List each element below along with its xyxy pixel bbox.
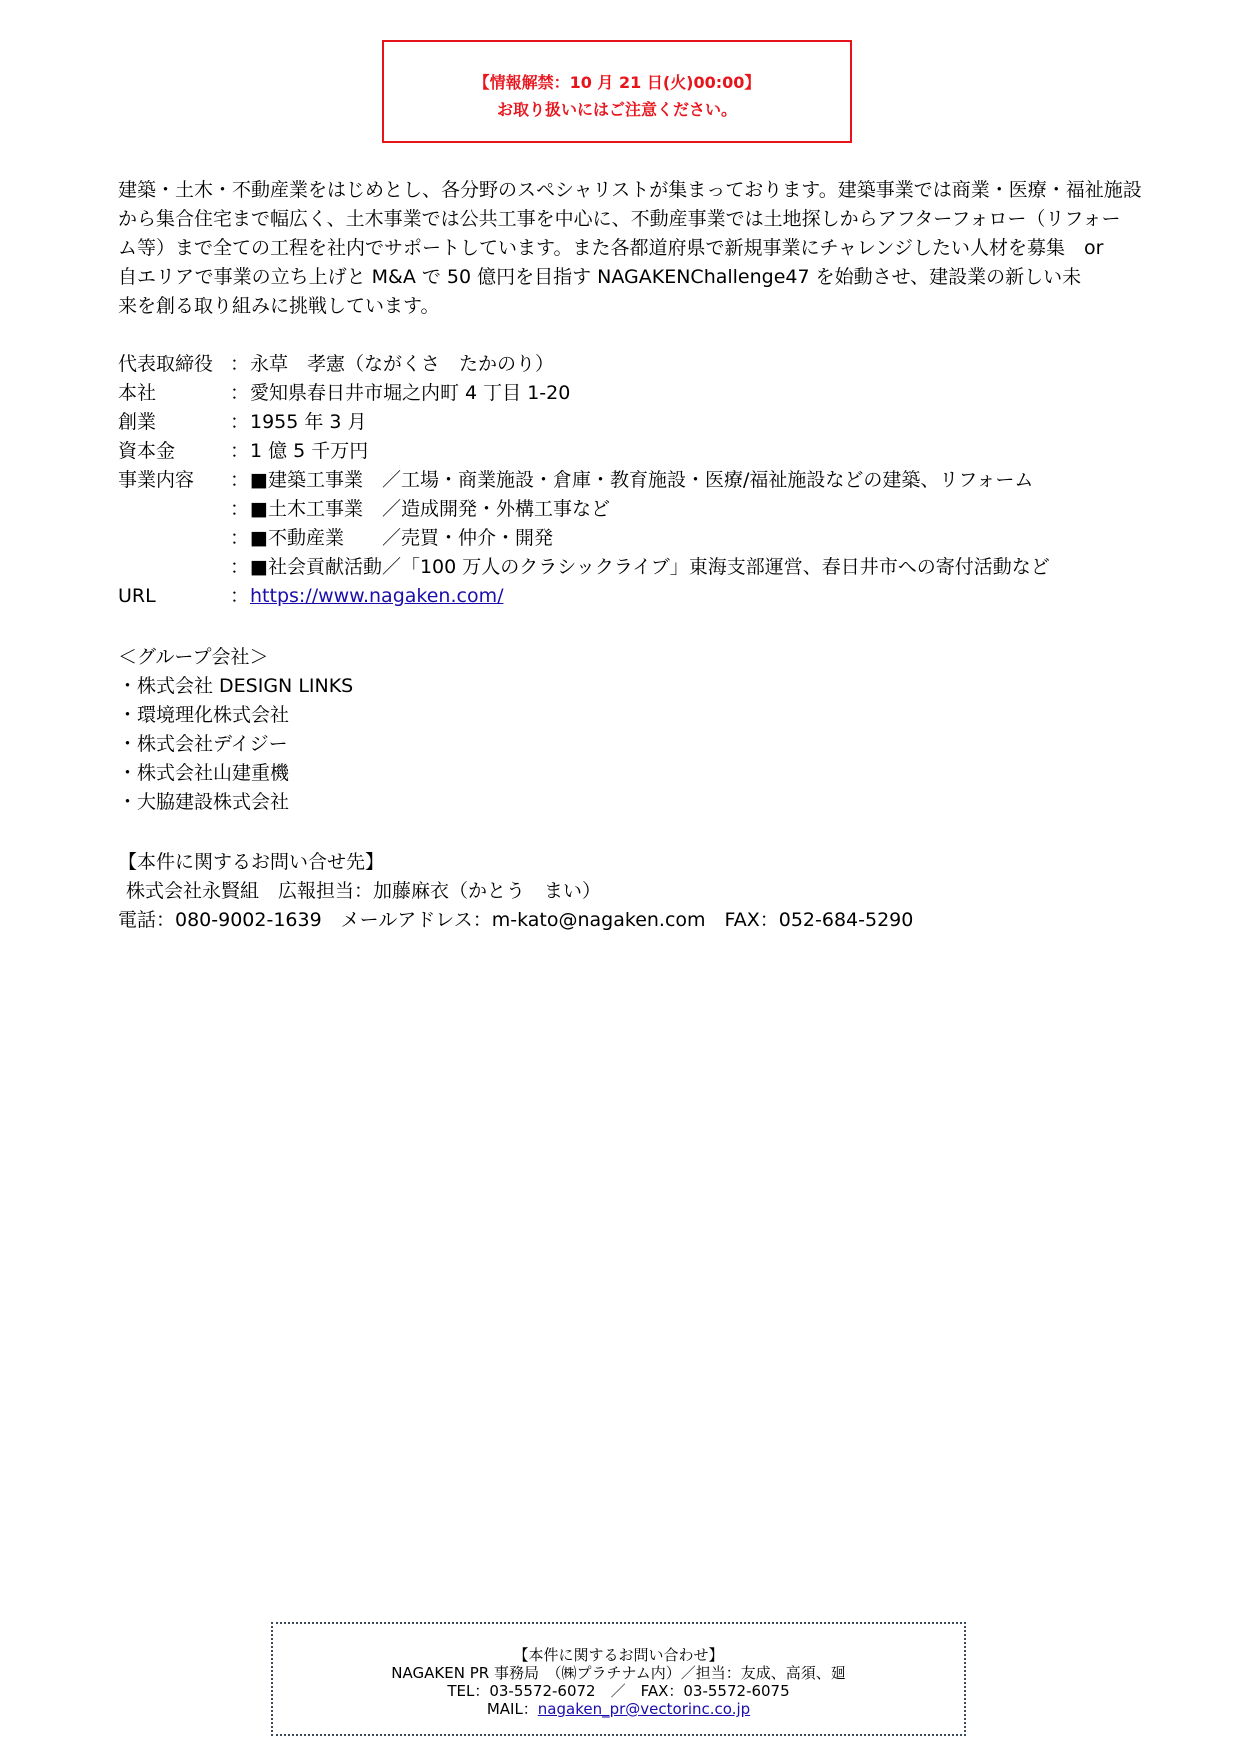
info-label: 資本金 <box>118 437 230 466</box>
footer-heading: 【本件に関するお問い合わせ】 <box>273 1646 964 1664</box>
info-row-business: ： ■不動産業 ／売買・仲介・開発 <box>118 524 1050 553</box>
info-value: ■土木工事業 ／造成開発・外構工事など <box>250 495 610 524</box>
info-value: ■建築工事業 ／工場・商業施設・倉庫・教育施設・医療/福祉施設などの建築、リフォ… <box>250 466 1033 495</box>
info-colon: ： <box>230 437 250 466</box>
info-row-business: ： ■社会貢献活動／「100 万人のクラシックライブ」東海支部運営、春日井市への… <box>118 553 1050 582</box>
group-item: ・環境理化株式会社 <box>118 701 353 730</box>
company-info: 代表取締役 ： 永草 孝憲（ながくさ たかのり） 本社 ： 愛知県春日井市堀之内… <box>118 350 1050 611</box>
footer-contact-box: 【本件に関するお問い合わせ】 NAGAKEN PR 事務局 （㈱プラチナム内）／… <box>271 1622 966 1736</box>
info-colon: ： <box>230 379 250 408</box>
footer-office: NAGAKEN PR 事務局 （㈱プラチナム内）／担当：友成、高須、廻 <box>273 1664 964 1682</box>
info-row-capital: 資本金 ： 1 億 5 千万円 <box>118 437 1050 466</box>
group-companies: ＜グループ会社＞ ・株式会社 DESIGN LINKS ・環境理化株式会社 ・株… <box>118 643 353 817</box>
info-label: URL <box>118 582 230 611</box>
intro-line: 自エリアで事業の立ち上げと M&A で 50 億円を目指す NAGAKENCha… <box>118 263 1118 292</box>
intro-line: から集合住宅まで幅広く、土木事業では公共工事を中心に、不動産事業では土地探しから… <box>118 205 1118 234</box>
group-heading: ＜グループ会社＞ <box>118 643 353 672</box>
contact-heading: 【本件に関するお問い合せ先】 <box>118 848 913 877</box>
group-item: ・株式会社 DESIGN LINKS <box>118 672 353 701</box>
intro-paragraph: 建築・土木・不動産業をはじめとし、各分野のスペシャリストが集まっております。建築… <box>118 176 1118 321</box>
info-colon: ： <box>230 582 250 611</box>
footer-mail-row: MAIL：nagaken_pr@vectorinc.co.jp <box>273 1700 964 1718</box>
info-label: 事業内容 <box>118 466 230 495</box>
info-value: 愛知県春日井市堀之内町 4 丁目 1-20 <box>250 379 570 408</box>
intro-line: ム等）まで全ての工程を社内でサポートしています。また各都道府県で新規事業にチャレ… <box>118 234 1118 263</box>
info-label <box>118 524 230 553</box>
info-value: 永草 孝憲（ながくさ たかのり） <box>250 350 554 379</box>
info-label <box>118 495 230 524</box>
info-row-business: ： ■土木工事業 ／造成開発・外構工事など <box>118 495 1050 524</box>
info-row-ceo: 代表取締役 ： 永草 孝憲（ながくさ たかのり） <box>118 350 1050 379</box>
info-value: ■不動産業 ／売買・仲介・開発 <box>250 524 553 553</box>
info-row-url: URL ： https://www.nagaken.com/ <box>118 582 1050 611</box>
embargo-caution: お取り扱いにはご注意ください。 <box>384 96 850 123</box>
info-colon: ： <box>230 350 250 379</box>
footer-mail-label: MAIL： <box>487 1700 538 1718</box>
group-item: ・大脇建設株式会社 <box>118 788 353 817</box>
contact-section: 【本件に関するお問い合せ先】 株式会社永賢組 広報担当：加藤麻衣（かとう まい）… <box>118 848 913 935</box>
embargo-date: 【情報解禁：10 月 21 日(火)00:00】 <box>384 69 850 96</box>
group-item: ・株式会社デイジー <box>118 730 353 759</box>
info-label: 本社 <box>118 379 230 408</box>
contact-details: 電話：080-9002-1639 メールアドレス：m-kato@nagaken.… <box>118 906 913 935</box>
info-colon: ： <box>230 466 250 495</box>
info-value: ■社会貢献活動／「100 万人のクラシックライブ」東海支部運営、春日井市への寄付… <box>250 553 1050 582</box>
info-label: 創業 <box>118 408 230 437</box>
group-item: ・株式会社山建重機 <box>118 759 353 788</box>
info-row-hq: 本社 ： 愛知県春日井市堀之内町 4 丁目 1-20 <box>118 379 1050 408</box>
footer-tel-fax: TEL：03-5572-6072 ／ FAX：03-5572-6075 <box>273 1682 964 1700</box>
info-row-founded: 創業 ： 1955 年 3 月 <box>118 408 1050 437</box>
footer-mail-link[interactable]: nagaken_pr@vectorinc.co.jp <box>538 1700 750 1718</box>
info-colon: ： <box>230 495 250 524</box>
info-colon: ： <box>230 553 250 582</box>
contact-person: 株式会社永賢組 広報担当：加藤麻衣（かとう まい） <box>118 877 913 906</box>
intro-line: 建築・土木・不動産業をはじめとし、各分野のスペシャリストが集まっております。建築… <box>118 176 1118 205</box>
info-value: 1955 年 3 月 <box>250 408 367 437</box>
info-colon: ： <box>230 524 250 553</box>
info-row-business: 事業内容 ： ■建築工事業 ／工場・商業施設・倉庫・教育施設・医療/福祉施設など… <box>118 466 1050 495</box>
embargo-notice-box: 【情報解禁：10 月 21 日(火)00:00】 お取り扱いにはご注意ください。 <box>382 40 852 143</box>
company-url-link[interactable]: https://www.nagaken.com/ <box>250 582 504 611</box>
info-colon: ： <box>230 408 250 437</box>
info-value: 1 億 5 千万円 <box>250 437 368 466</box>
info-label: 代表取締役 <box>118 350 230 379</box>
intro-line: 来を創る取り組みに挑戦しています。 <box>118 292 1118 321</box>
info-label <box>118 553 230 582</box>
